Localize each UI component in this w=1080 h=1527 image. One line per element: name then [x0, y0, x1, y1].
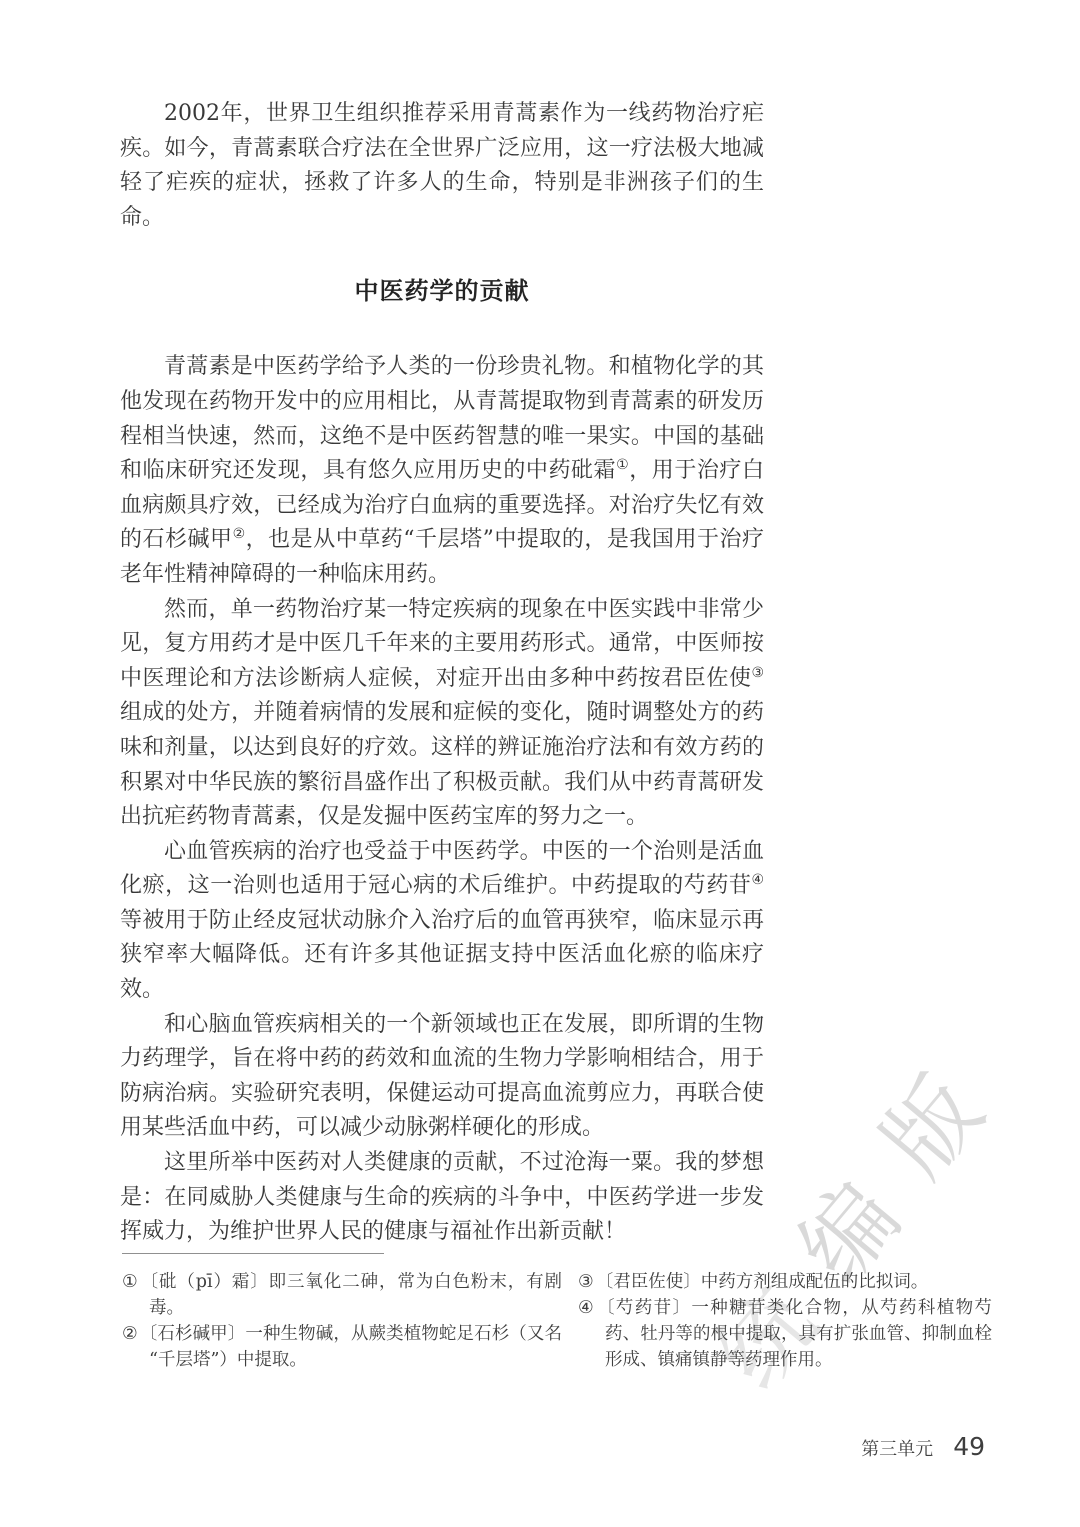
- footnotes-section: ①〔砒（pī）霜〕即三氧化二砷，常为白色粉末，有剧毒。 ②〔石杉碱甲〕一种生物碱…: [122, 1253, 992, 1373]
- footnote-ref-1: ①: [616, 457, 629, 473]
- footnotes-left-column: ①〔砒（pī）霜〕即三氧化二砷，常为白色粉末，有剧毒。 ②〔石杉碱甲〕一种生物碱…: [122, 1269, 562, 1373]
- paragraph-text: 然而，单一药物治疗某一特定疾病的现象在中医实践中非常少见，复方用药才是中医几千年…: [120, 597, 764, 691]
- intro-paragraph: 2002年，世界卫生组织推荐采用青蒿素作为一线药物治疗疟疾。如今，青蒿素联合疗法…: [120, 97, 764, 235]
- footnote-ref-4: ④: [751, 872, 764, 888]
- article-body: 2002年，世界卫生组织推荐采用青蒿素作为一线药物治疗疟疾。如今，青蒿素联合疗法…: [120, 97, 764, 1250]
- footnote-text-4: 〔芍药苷〕一种糖苷类化合物，从芍药科植物芍药、牡丹等的根中提取，具有扩张血管、抑…: [597, 1298, 992, 1370]
- footnotes-right-column: ③〔君臣佐使〕中药方剂组成配伍的比拟词。 ④〔芍药苷〕一种糖苷类化合物，从芍药科…: [578, 1269, 992, 1373]
- page-footer: 第三单元 49: [861, 1432, 985, 1461]
- section-heading: 中医药学的贡献: [120, 271, 764, 306]
- footnote-ref-3: ③: [751, 665, 764, 681]
- footnote-marker-3: ③: [578, 1272, 594, 1292]
- footnote-columns: ①〔砒（pī）霜〕即三氧化二砷，常为白色粉末，有剧毒。 ②〔石杉碱甲〕一种生物碱…: [122, 1269, 992, 1373]
- body-paragraph-4: 和心脑血管疾病相关的一个新领域也正在发展，即所谓的生物力药理学，旨在将中药的药效…: [120, 1008, 764, 1146]
- footnote-ref-2: ②: [233, 526, 246, 542]
- paragraph-text: 组成的处方，并随着病情的发展和症候的变化，随时调整处方的药味和剂量，以达到良好的…: [120, 700, 764, 829]
- unit-label: 第三单元: [861, 1435, 933, 1461]
- paragraph-text: 心血管疾病的治疗也受益于中医药学。中医的一个治则是活血化瘀，这一治则也适用于冠心…: [120, 839, 764, 899]
- footnote-marker-2: ②: [122, 1324, 138, 1344]
- page-number: 49: [953, 1432, 985, 1461]
- footnote-text-1: 〔砒（pī）霜〕即三氧化二砷，常为白色粉末，有剧毒。: [141, 1272, 562, 1318]
- footnote-3: ③〔君臣佐使〕中药方剂组成配伍的比拟词。: [578, 1269, 992, 1295]
- watermark-char-ban: 版: [868, 1062, 998, 1192]
- footnote-4: ④〔芍药苷〕一种糖苷类化合物，从芍药科植物芍药、牡丹等的根中提取，具有扩张血管、…: [578, 1295, 992, 1373]
- footnote-text-2: 〔石杉碱甲〕一种生物碱，从蕨类植物蛇足石杉（又名“千层塔”）中提取。: [140, 1324, 562, 1370]
- body-paragraph-5: 这里所举中医药对人类健康的贡献，不过沧海一粟。我的梦想是：在同威胁人类健康与生命…: [120, 1146, 764, 1250]
- footnote-divider: [122, 1253, 384, 1254]
- body-paragraph-2: 然而，单一药物治疗某一特定疾病的现象在中医实践中非常少见，复方用药才是中医几千年…: [120, 593, 764, 835]
- textbook-page: 版 编 统 2002年，世界卫生组织推荐采用青蒿素作为一线药物治疗疟疾。如今，青…: [0, 0, 1080, 1527]
- footnote-marker-4: ④: [578, 1298, 595, 1318]
- footnote-text-3: 〔君臣佐使〕中药方剂组成配伍的比拟词。: [596, 1272, 929, 1292]
- footnote-2: ②〔石杉碱甲〕一种生物碱，从蕨类植物蛇足石杉（又名“千层塔”）中提取。: [122, 1321, 562, 1373]
- paragraph-text: 等被用于防止经皮冠状动脉介入治疗后的血管再狭窄，临床显示再狭窄率大幅降低。还有许…: [120, 908, 764, 1002]
- body-paragraph-1: 青蒿素是中医药学给予人类的一份珍贵礼物。和植物化学的其他发现在药物开发中的应用相…: [120, 350, 764, 592]
- footnote-marker-1: ①: [122, 1272, 139, 1292]
- footnote-1: ①〔砒（pī）霜〕即三氧化二砷，常为白色粉末，有剧毒。: [122, 1269, 562, 1321]
- body-paragraph-3: 心血管疾病的治疗也受益于中医药学。中医的一个治则是活血化瘀，这一治则也适用于冠心…: [120, 835, 764, 1008]
